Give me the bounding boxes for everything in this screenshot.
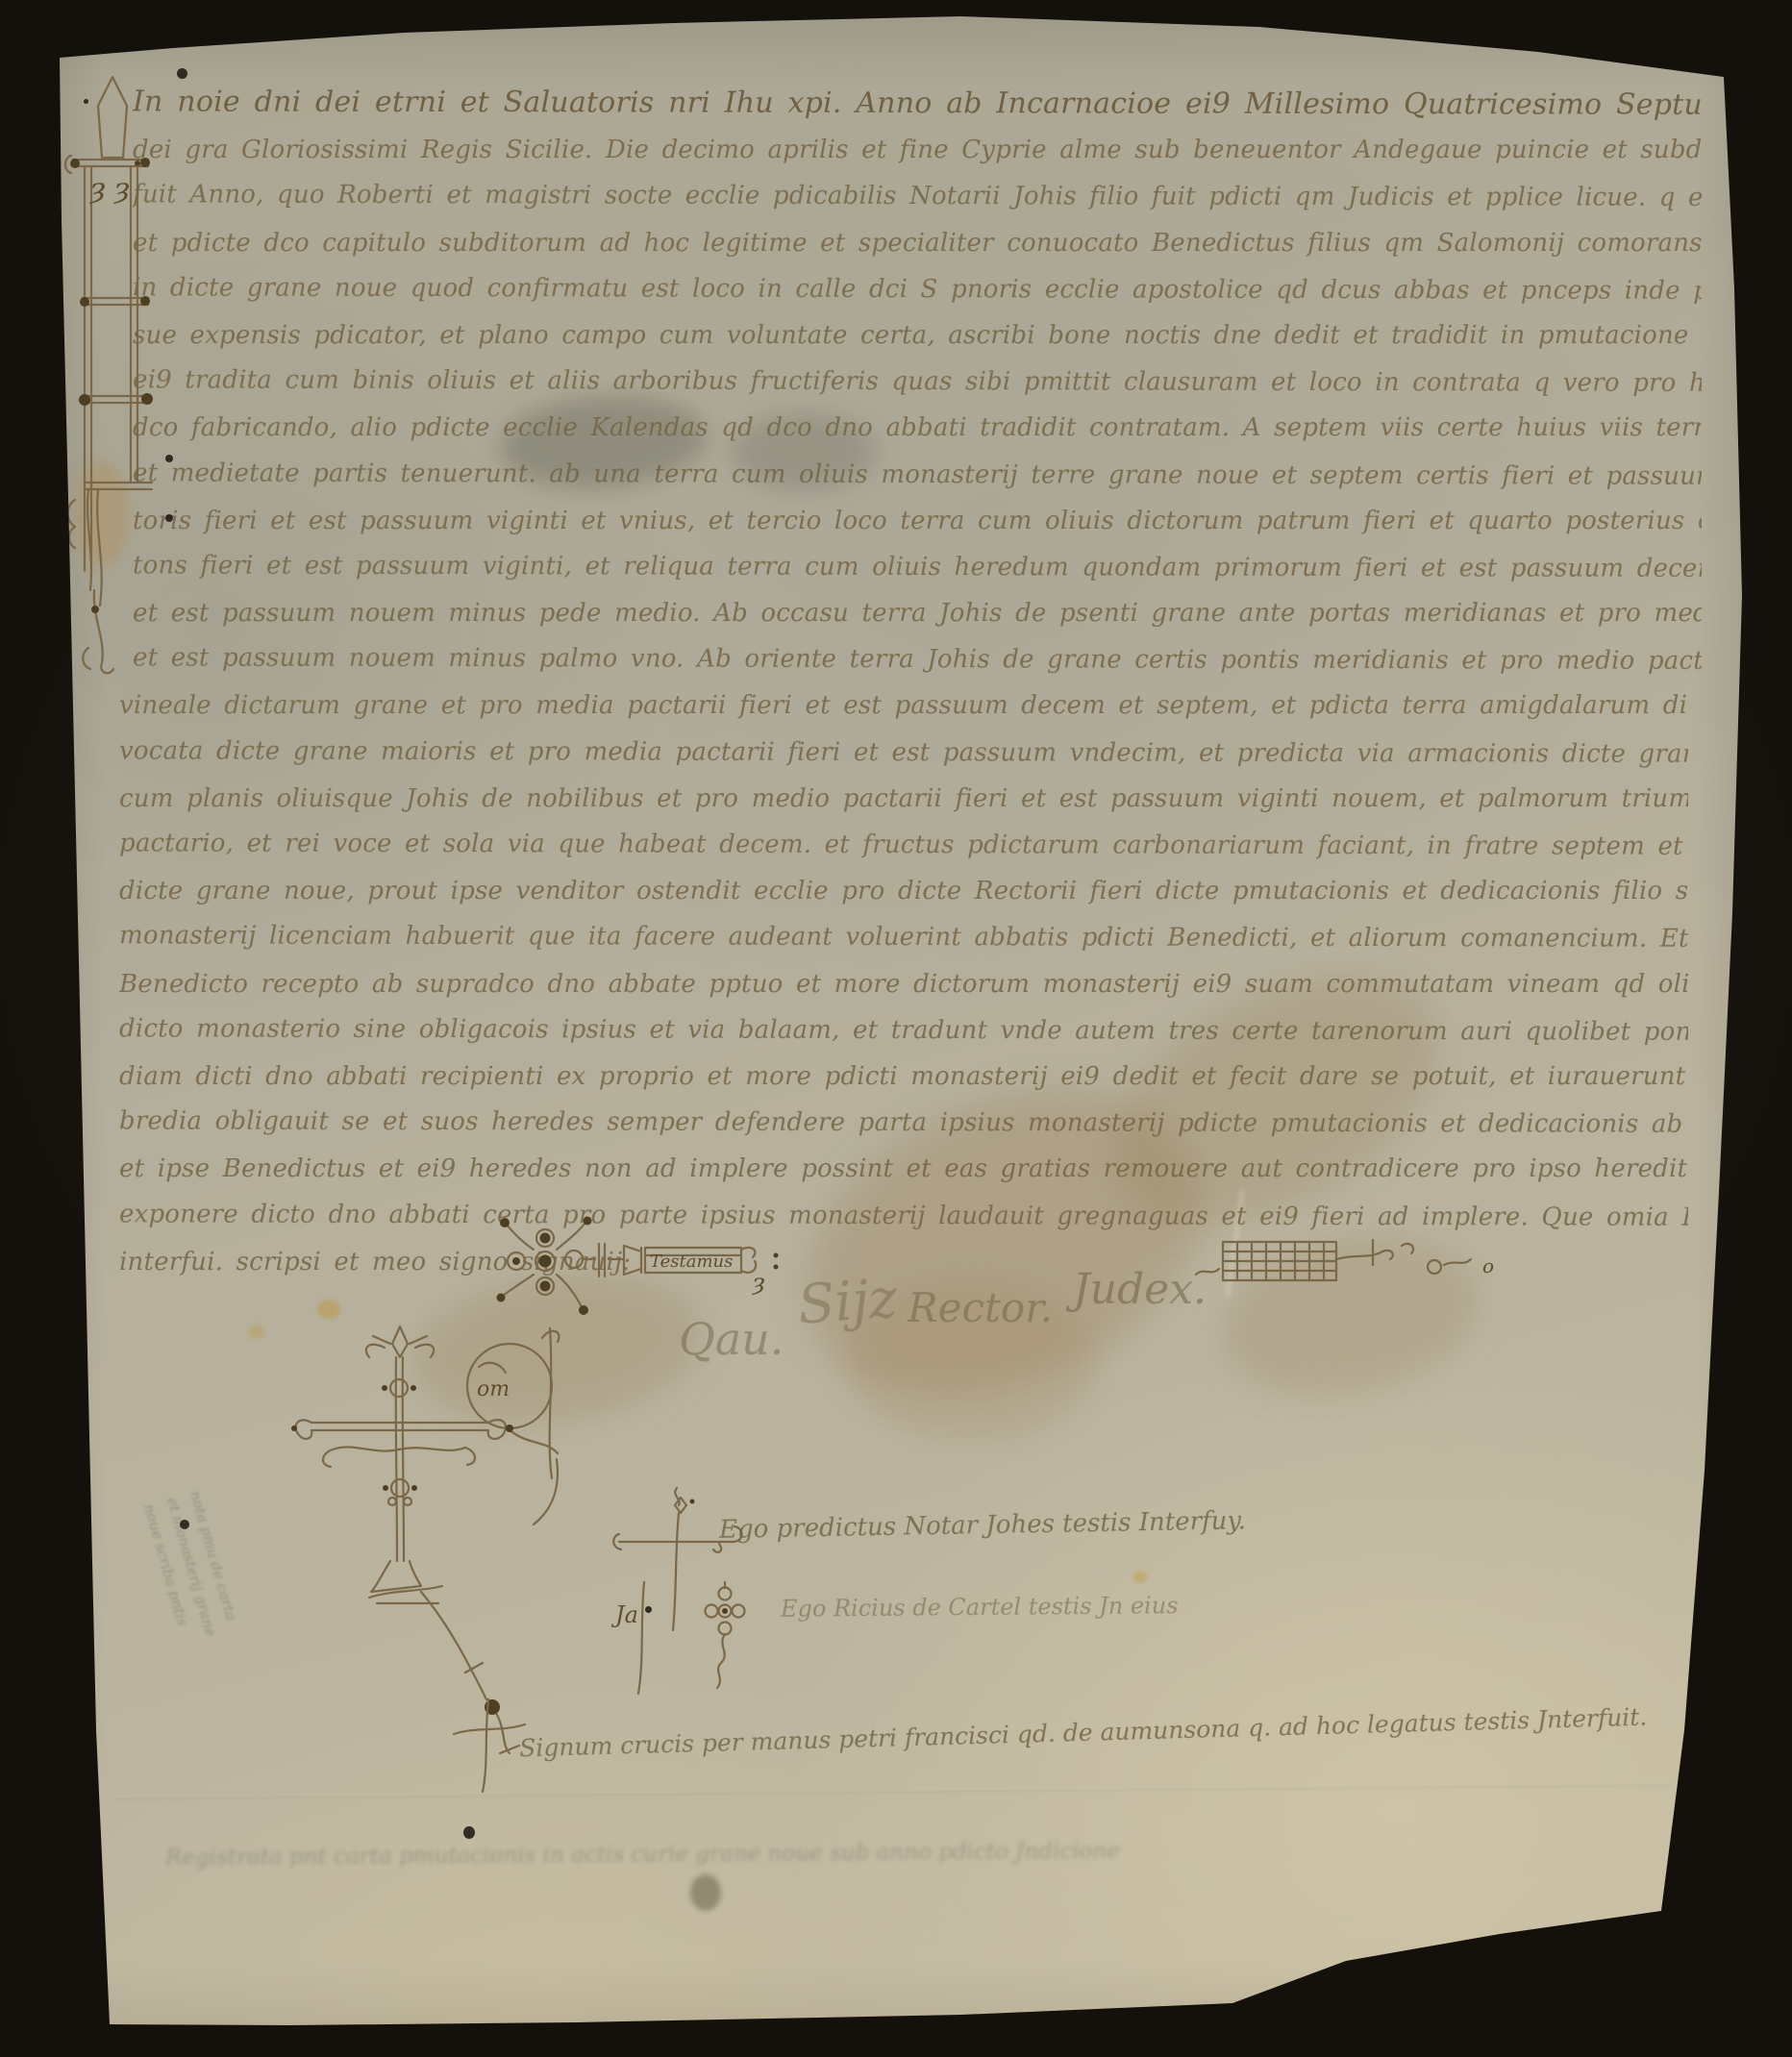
signature-rector: Rector.: [908, 1284, 1053, 1331]
ink-dot: [180, 1520, 189, 1529]
ink-dot: [177, 68, 187, 79]
ink-dot: [165, 455, 173, 462]
body-line: fuit Anno, quo Roberti et magistri socte…: [133, 172, 1702, 222]
witness-attestation-2: Ego Ricius de Cartel testis Jn eius: [781, 1592, 1179, 1623]
small-smudge-bottom: [690, 1874, 721, 1911]
ladder-numerals: ȝ ȝ: [88, 172, 130, 206]
ink-dot: [84, 99, 88, 104]
body-line: vineale dictarum grane et pro media pact…: [119, 682, 1688, 729]
body-line: et medietate partis tenuerunt. ab una te…: [133, 450, 1702, 500]
signature-first: Qau.: [679, 1313, 784, 1365]
body-line: cum planis oliuisque Johis de nobilibus …: [119, 776, 1688, 822]
stray-descender-stroke: [524, 1453, 572, 1535]
notarial-tail-glyph: ȝ: [752, 1269, 765, 1296]
parchment-sheet: ȝ ȝ In noie dni dei etrni et Saluatoris …: [0, 0, 1792, 2057]
signature-judex: Judex.: [1073, 1265, 1207, 1314]
body-line: et est passuum nouem minus palmo vno. Ab…: [133, 635, 1702, 685]
body-line: dei gra Gloriosissimi Regis Sicilie. Die…: [133, 127, 1702, 173]
ink-dot: [645, 1606, 652, 1613]
faint-marginal-note: nota pmu de carta et monasterij grane no…: [137, 1488, 272, 1739]
ornate-cross-drawing: [277, 1319, 594, 1771]
body-line: tons fieri et est passuum viginti, et re…: [133, 542, 1702, 592]
body-line: diam dicti dno abbati recipienti ex prop…: [119, 1053, 1688, 1100]
body-line: dicto monasterio sine obligacois ipsius …: [119, 1005, 1688, 1055]
body-line: in dicte grane noue quod confirmatu est …: [133, 264, 1702, 314]
charter-body-text: In noie dni dei etrni et Saluatoris nri …: [133, 81, 1702, 1285]
body-line: et pdicte dco capitulo subditorum ad hoc…: [133, 220, 1702, 266]
body-line: Benedicto recepto ab supradco dno abbate…: [119, 961, 1688, 1007]
body-line: et est passuum nouem minus pede medio. A…: [133, 590, 1702, 636]
body-line: In noie dni dei etrni et Saluatoris nri …: [133, 79, 1702, 129]
rust-spot: [1132, 1571, 1147, 1583]
ghost-bottom-line: Registrata pnt carta pmutacionis in acti…: [165, 1838, 1213, 1871]
witness-attestation-3: Signum crucis per manus petri francisci …: [519, 1703, 1648, 1763]
ink-dot: [165, 514, 173, 522]
body-line: dicte grane noue, prout ipse venditor os…: [119, 868, 1688, 914]
cartouche-terminal-letter: o: [1482, 1254, 1494, 1277]
body-line: vocata dicte grane maioris et pro media …: [119, 728, 1688, 778]
witness-cross-2: Ja: [611, 1573, 794, 1707]
judex-cartouche-sign: o: [1194, 1230, 1531, 1307]
body-line: monasterij licenciam habuerit que ita fa…: [119, 913, 1688, 963]
witness-attestation-1: Ego predictus Notar Johes testis Interfu…: [719, 1506, 1246, 1545]
rust-spot: [248, 1325, 264, 1339]
notarial-motto: Testamus: [650, 1252, 733, 1272]
body-line: et ipse Benedictus et ei9 heredes non ad…: [119, 1146, 1688, 1192]
body-line: dco fabricando, alio pdicte ecclie Kalen…: [133, 405, 1702, 451]
photograph-background: ȝ ȝ In noie dni dei etrni et Saluatoris …: [0, 0, 1792, 2057]
signature-flourish: Sijz: [796, 1267, 899, 1336]
body-line: toris fieri et est passuum viginti et vn…: [133, 498, 1702, 544]
rust-spot: [317, 1300, 340, 1319]
witness2-prefix-letters: Ja: [610, 1601, 638, 1628]
ink-dot: [463, 1826, 475, 1839]
body-line: bredia obligauit se et suos heredes semp…: [119, 1098, 1688, 1148]
body-line: sue expensis pdicator, et plano campo cu…: [133, 312, 1702, 359]
body-line: pactario, et rei voce et sola via que ha…: [119, 820, 1688, 870]
body-line: ei9 tradita cum binis oliuis et aliis ar…: [133, 357, 1702, 407]
horizontal-crease: [113, 1783, 1673, 1799]
